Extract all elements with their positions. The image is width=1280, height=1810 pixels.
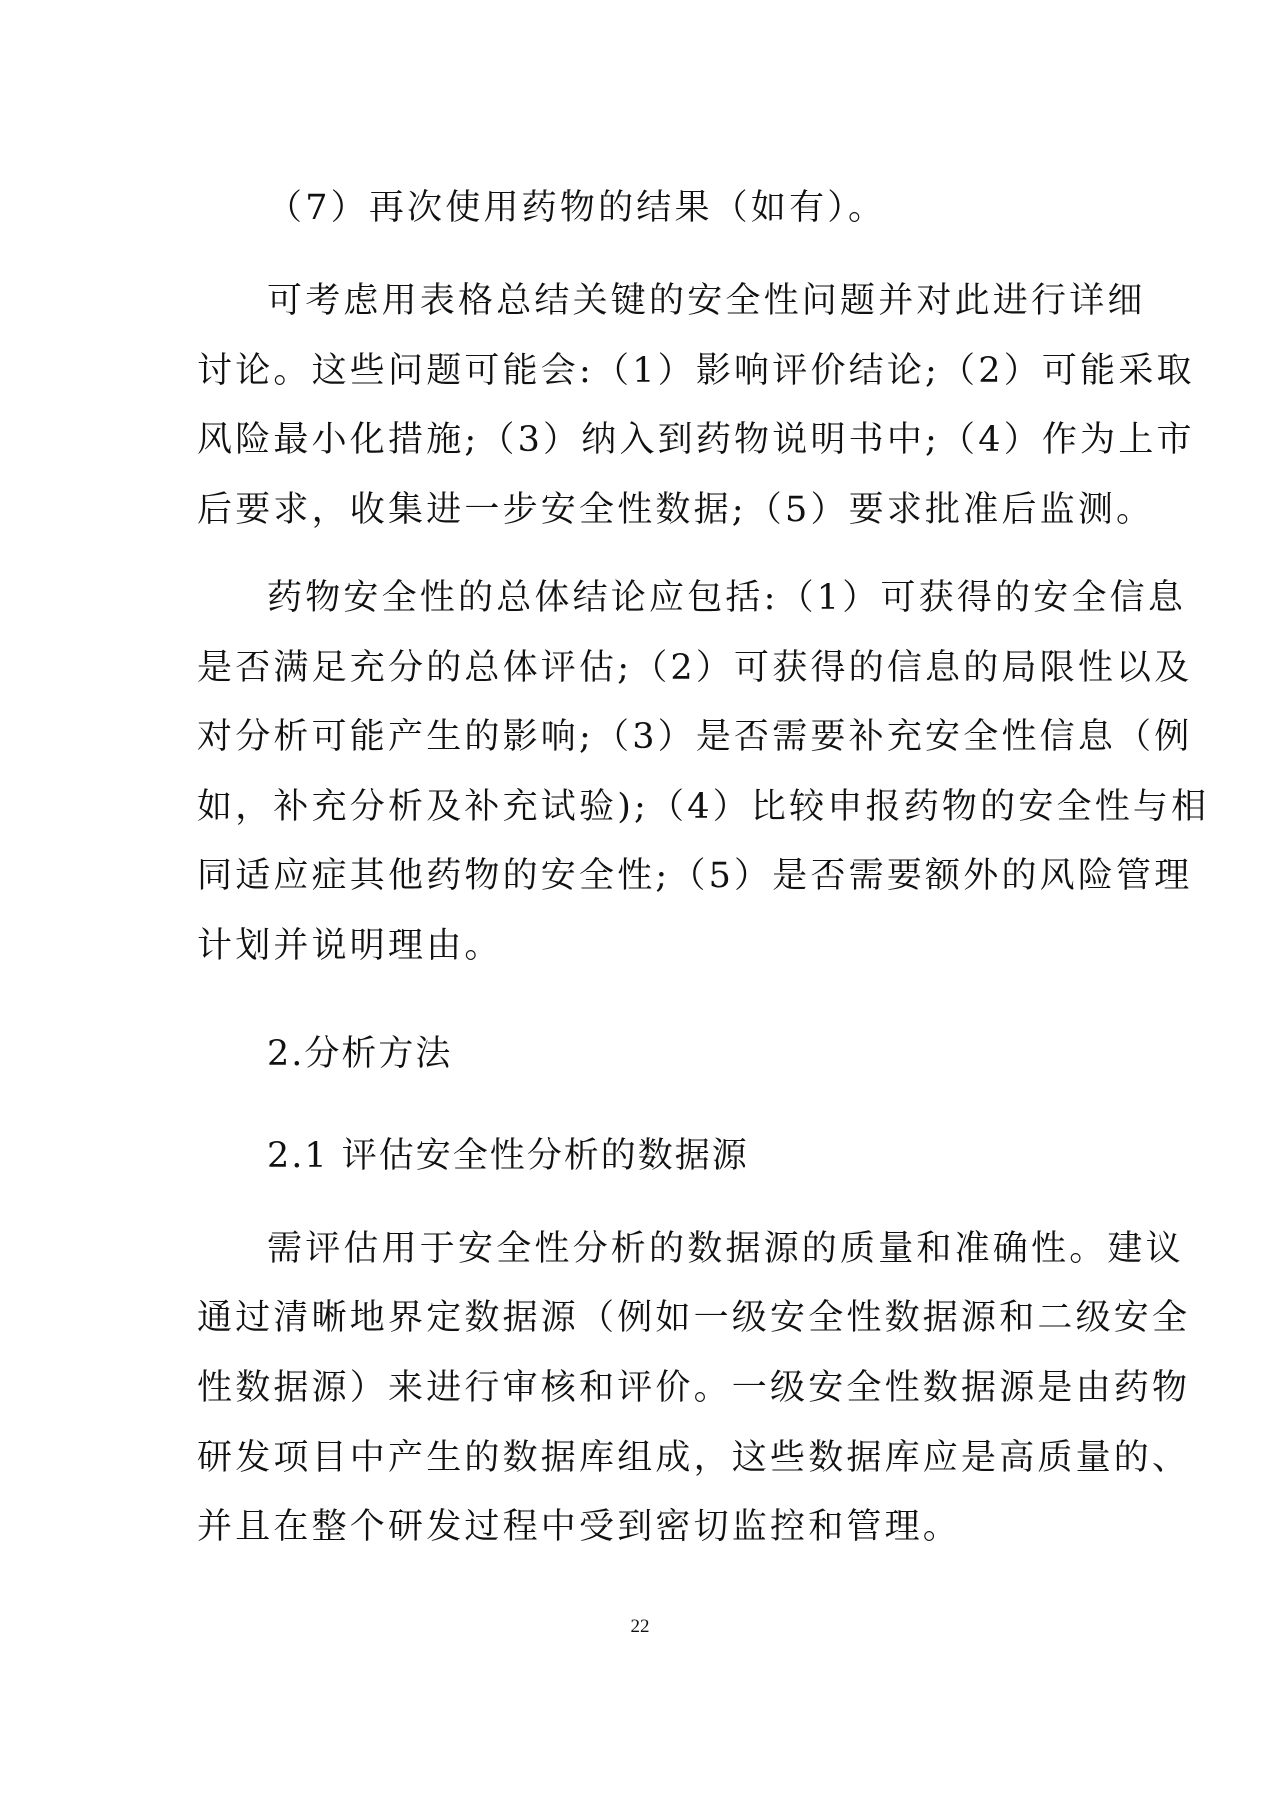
text-line: 药物安全性的总体结论应包括:（1）可获得的安全信息: [267, 576, 1090, 620]
text-line: 并且在整个研发过程中受到密切监控和管理。: [197, 1505, 1090, 1549]
text-line: 后要求，收集进一步安全性数据;（5）要求批准后监测。: [197, 488, 1090, 532]
text-line: 通过清晰地界定数据源（例如一级安全性数据源和二级安全: [197, 1296, 1090, 1340]
text-line: 可考虑用表格总结关键的安全性问题并对此进行详细: [267, 279, 1090, 323]
text-line: 如，补充分析及补充试验);（4）比较申报药物的安全性与相: [197, 785, 1090, 829]
text-line: 同适应症其他药物的安全性;（5）是否需要额外的风险管理: [197, 854, 1090, 898]
text-line: 性数据源）来进行审核和评价。一级安全性数据源是由药物: [197, 1366, 1090, 1410]
list-item-7: （7）再次使用药物的结果（如有）。: [267, 186, 1090, 230]
subsection-heading-data-sources: 2.1 评估安全性分析的数据源: [267, 1134, 749, 1178]
text-line: 对分析可能产生的影响;（3）是否需要补充安全性信息（例: [197, 715, 1090, 759]
text-line: 需评估用于安全性分析的数据源的质量和准确性。建议: [267, 1227, 1090, 1271]
text-line: 讨论。这些问题可能会:（1）影响评价结论;（2）可能采取: [197, 349, 1090, 393]
text-line: 研发项目中产生的数据库组成，这些数据库应是高质量的、: [197, 1436, 1090, 1480]
text-line: 是否满足充分的总体评估;（2）可获得的信息的局限性以及: [197, 646, 1090, 690]
text-line: 风险最小化措施;（3）纳入到药物说明书中;（4）作为上市: [197, 418, 1090, 462]
text-line: 计划并说明理由。: [197, 924, 1090, 968]
section-heading-analysis-methods: 2.分析方法: [267, 1032, 452, 1076]
page-number: 22: [0, 1616, 1280, 1638]
